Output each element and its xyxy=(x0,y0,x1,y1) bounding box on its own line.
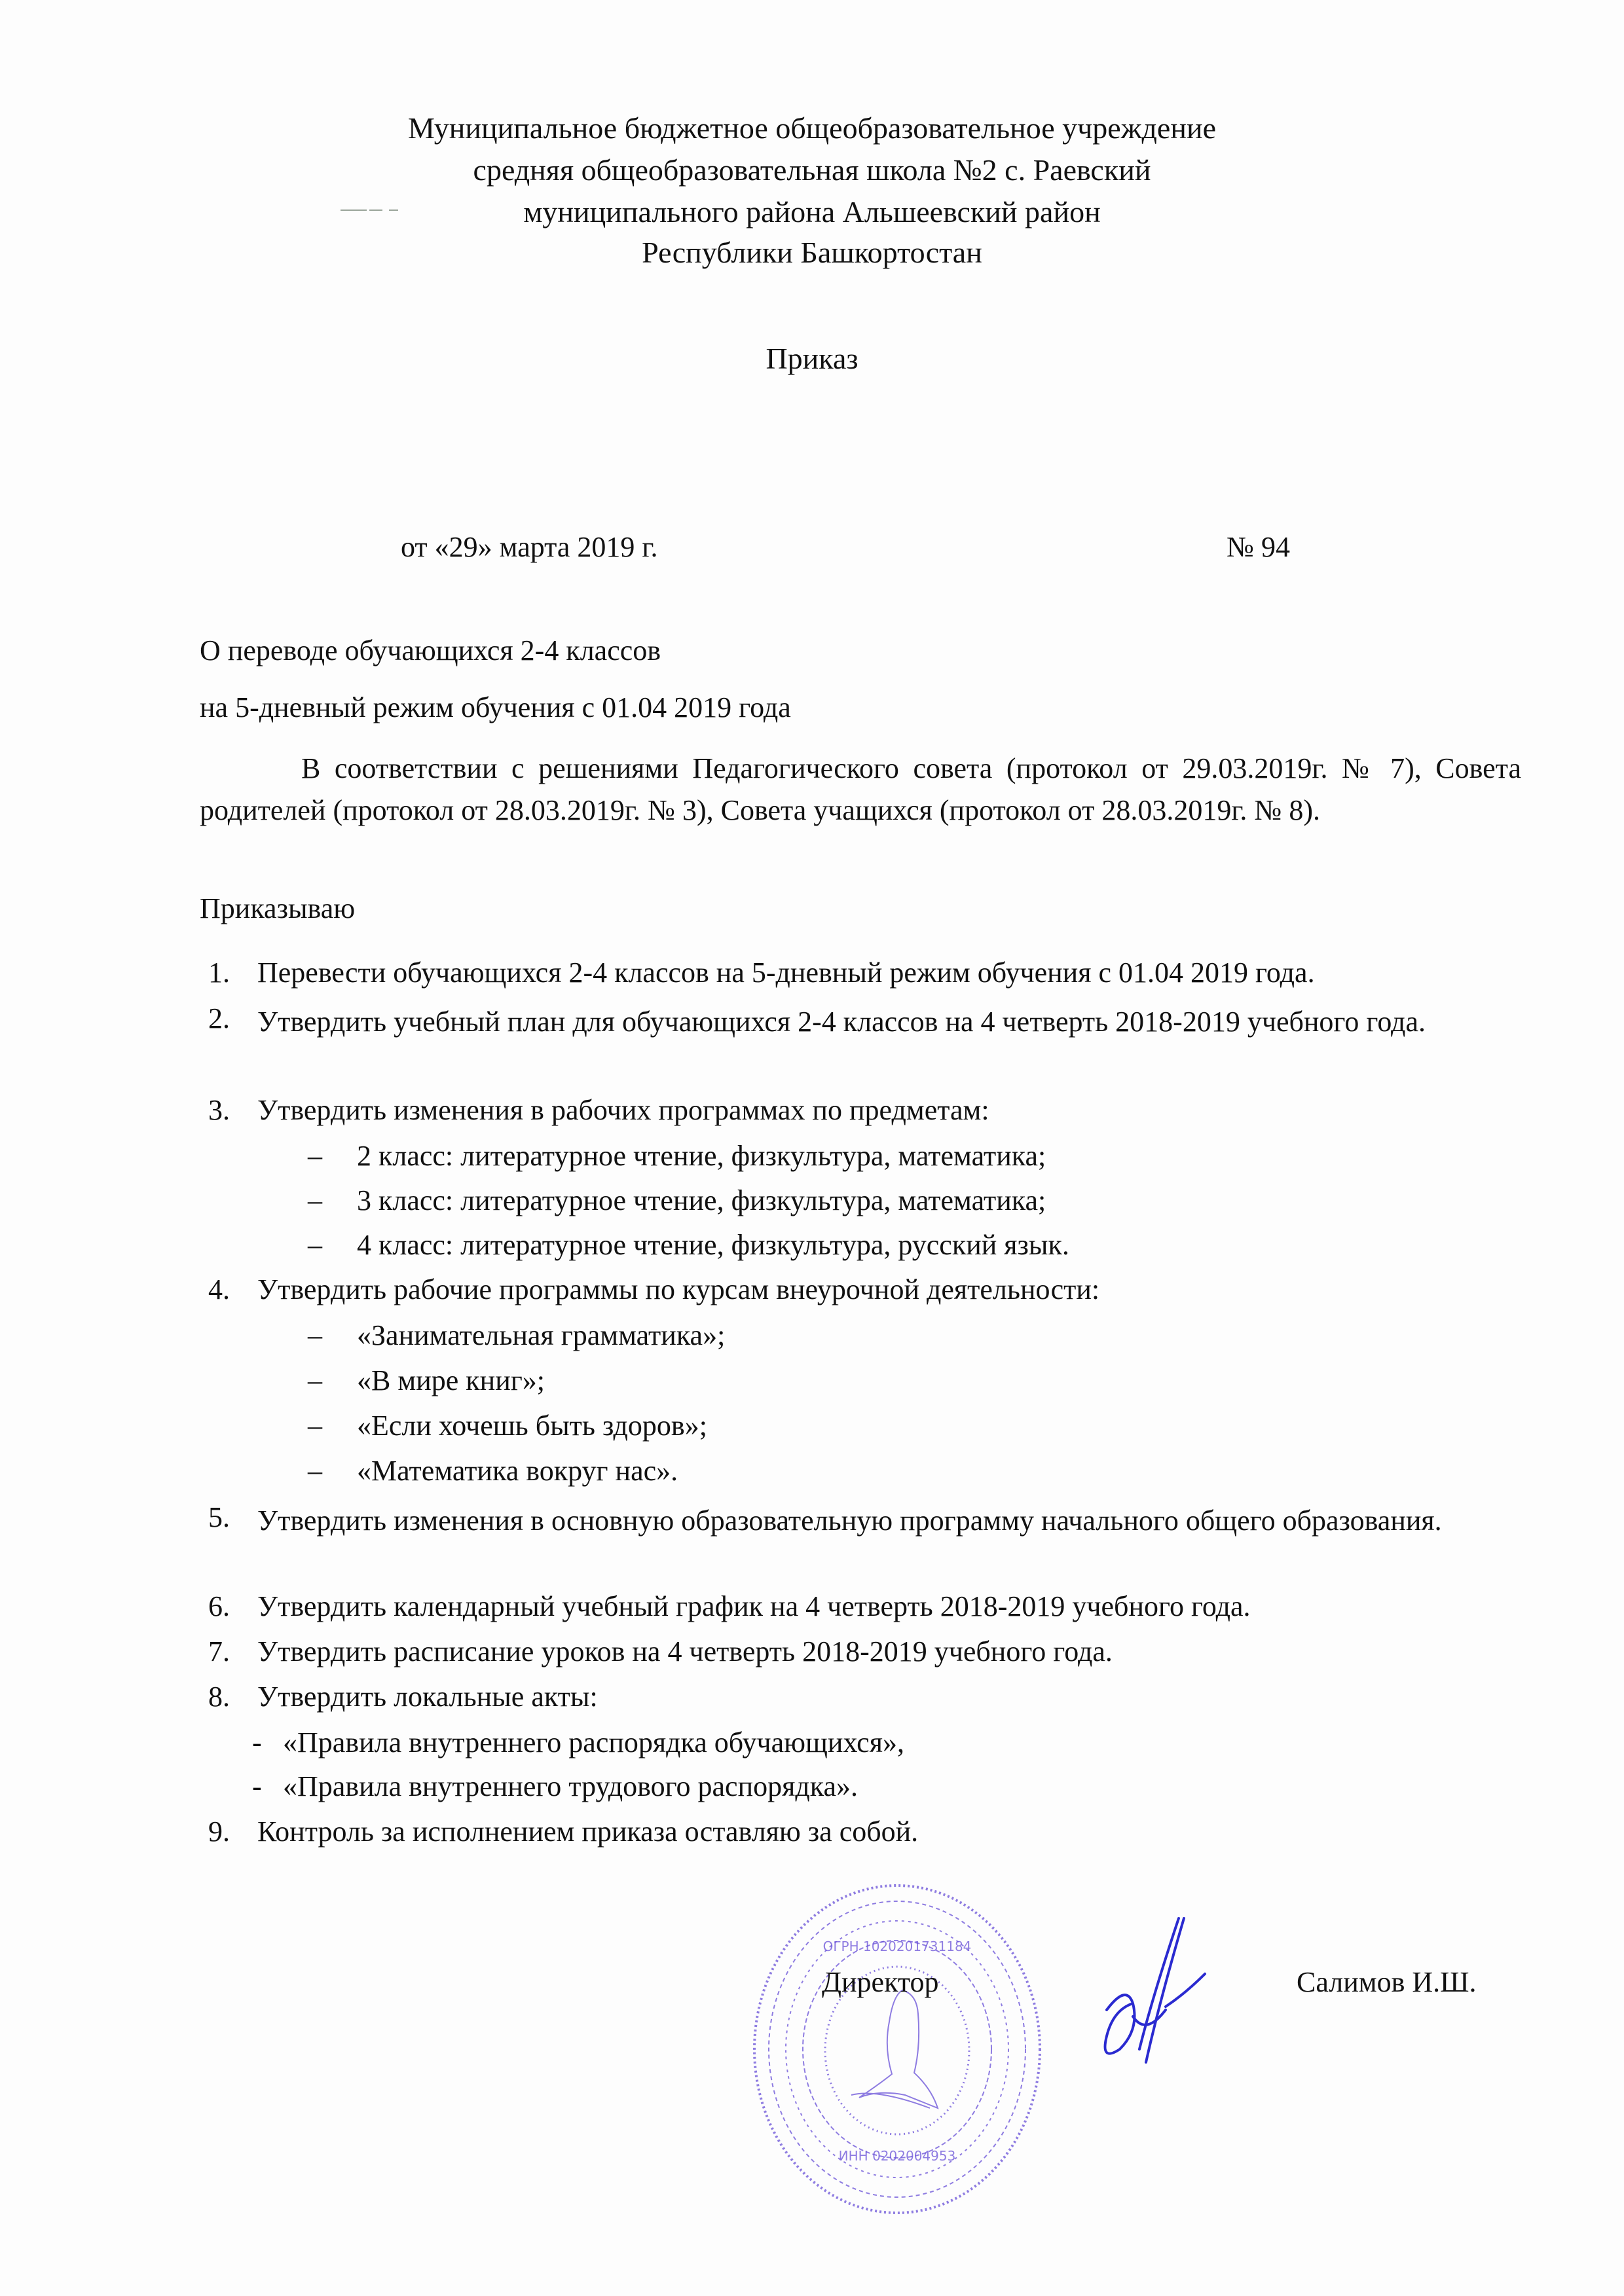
org-name-line-2: средняя общеобразовательная школа №2 с. … xyxy=(0,152,1624,189)
handwritten-signature xyxy=(1094,1912,1211,2082)
sub-item: «Правила внутреннего трудового распорядк… xyxy=(283,1770,858,1804)
sub-item: «Правила внутреннего распорядка обучающи… xyxy=(283,1726,904,1760)
subject-line-1: О переводе обучающихся 2-4 классов xyxy=(200,634,661,668)
item-text: Утвердить изменения в рабочих программах… xyxy=(257,1093,989,1127)
item-number: 2. xyxy=(208,1002,248,1036)
sub-item: 4 класс: литературное чтение, физкультур… xyxy=(357,1228,1069,1262)
sub-item: «Математика вокруг нас». xyxy=(357,1454,678,1488)
sub-item: «В мире книг»; xyxy=(357,1364,545,1398)
org-name-line-4: Республики Башкортостан xyxy=(0,234,1624,271)
signature-icon xyxy=(1094,1912,1211,2082)
sub-item: 2 класс: литературное чтение, физкультур… xyxy=(357,1139,1046,1173)
org-name-line-1: Муниципальное бюджетное общеобразователь… xyxy=(0,110,1624,147)
item-text: Утвердить изменения в основную образоват… xyxy=(257,1501,1503,1541)
bullet-icon: - xyxy=(252,1770,262,1804)
item-number: 5. xyxy=(208,1501,248,1535)
dash-icon: – xyxy=(308,1184,322,1218)
seal-icon: ОГРН 1020201731184 ИНН 0202004953 xyxy=(747,1879,1048,2219)
item-number: 9. xyxy=(208,1815,248,1849)
item-text: Утвердить учебный план для обучающихся 2… xyxy=(257,1002,1503,1042)
official-seal-stamp: ОГРН 1020201731184 ИНН 0202004953 xyxy=(747,1879,1048,2219)
dash-icon: – xyxy=(308,1228,322,1262)
item-number: 6. xyxy=(208,1590,248,1624)
item-text: Утвердить календарный учебный график на … xyxy=(257,1590,1251,1624)
signatory-position: Директор xyxy=(822,1965,939,1999)
bullet-icon: - xyxy=(252,1726,262,1760)
org-name-line-3: муниципального района Альшеевский район xyxy=(0,194,1624,230)
item-number: 4. xyxy=(208,1273,248,1307)
order-date: от «29» марта 2019 г. xyxy=(401,530,658,564)
item-number: 7. xyxy=(208,1635,248,1669)
dash-icon: – xyxy=(308,1364,322,1398)
document-type-title: Приказ xyxy=(0,340,1624,377)
dash-icon: – xyxy=(308,1319,322,1353)
dash-icon: – xyxy=(308,1454,322,1488)
item-number: 3. xyxy=(208,1093,248,1127)
signatory-name: Салимов И.Ш. xyxy=(1297,1965,1477,1999)
order-number: № 94 xyxy=(1227,530,1290,564)
preamble-paragraph: В соответствии с решениями Педагогическо… xyxy=(200,748,1521,831)
order-word: Приказываю xyxy=(200,892,355,926)
item-text: Контроль за исполнением приказа оставляю… xyxy=(257,1815,918,1849)
item-text: Утвердить локальные акты: xyxy=(257,1680,598,1714)
item-number: 8. xyxy=(208,1680,248,1714)
item-text: Утвердить рабочие программы по курсам вн… xyxy=(257,1273,1099,1307)
sub-item: «Занимательная грамматика»; xyxy=(357,1319,725,1353)
subject-line-2: на 5-дневный режим обучения с 01.04 2019… xyxy=(200,691,791,725)
svg-text:ИНН 0202004953: ИНН 0202004953 xyxy=(839,2148,956,2164)
svg-text:ОГРН 1020201731184: ОГРН 1020201731184 xyxy=(823,1939,972,1954)
item-text: Утвердить расписание уроков на 4 четверт… xyxy=(257,1635,1113,1669)
item-text: Перевести обучающихся 2-4 классов на 5-д… xyxy=(257,956,1315,990)
sub-item: «Если хочешь быть здоров»; xyxy=(357,1409,707,1443)
sub-item: 3 класс: литературное чтение, физкультур… xyxy=(357,1184,1046,1218)
dash-icon: – xyxy=(308,1139,322,1173)
item-number: 1. xyxy=(208,956,248,990)
dash-icon: – xyxy=(308,1409,322,1443)
